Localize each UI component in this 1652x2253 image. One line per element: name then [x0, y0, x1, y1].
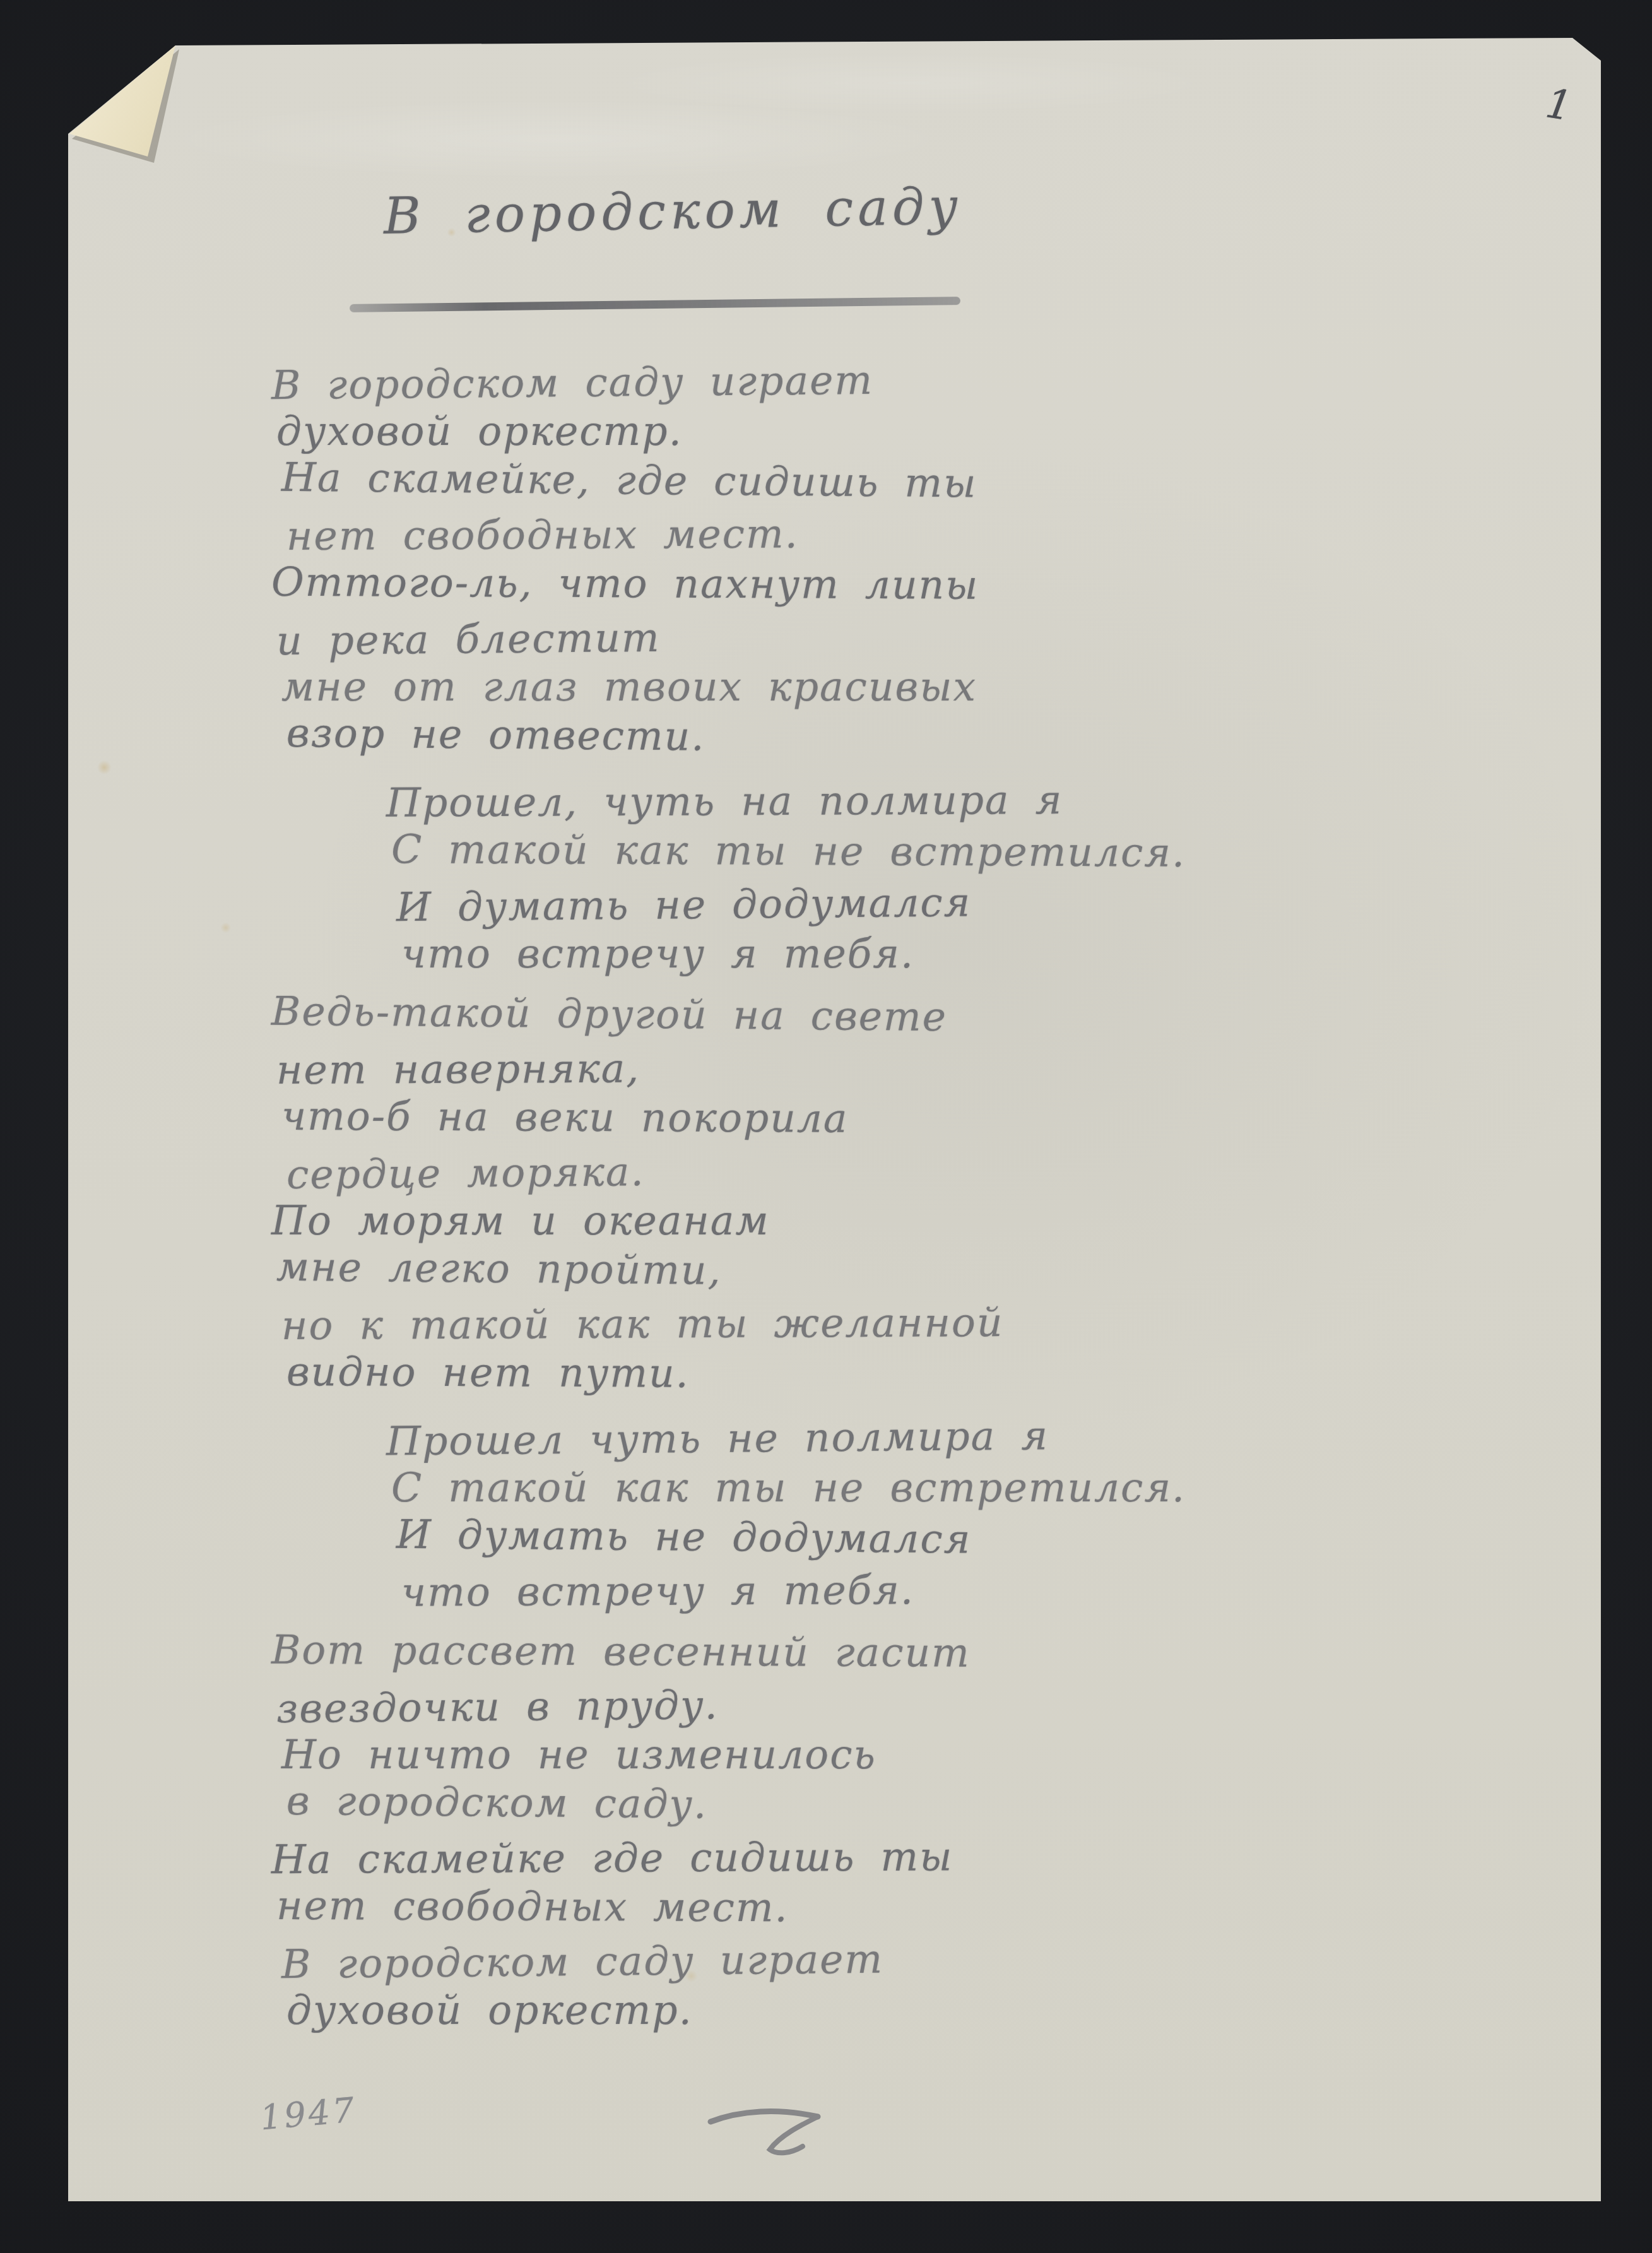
poem-line: Но ничто не изменилось — [281, 1729, 1480, 1780]
flourish-mark — [705, 2103, 844, 2166]
poem-line: В городском саду играет — [281, 1929, 1481, 1990]
poem-line: сердце моряка. — [286, 1139, 1486, 1201]
photo-background: { "page": { "page_number": "1", "title":… — [0, 0, 1652, 2253]
poem-line: но к такой как ты желанной — [281, 1295, 1480, 1351]
poem-line: духовой оркестр. — [276, 406, 1475, 457]
poem-line: Вот рассвет весенний гасит — [271, 1624, 1470, 1681]
manuscript-page: 1 В городском саду В городском саду игра… — [64, 35, 1601, 2201]
poem-line: мне от глаз твоих красивых — [281, 661, 1480, 713]
poem-line: И думать не додумался — [396, 1509, 1481, 1570]
poem-line: что встречу я тебя. — [401, 1562, 1485, 1617]
poem-line: нет наверняка, — [276, 1039, 1475, 1096]
poem-line: что встречу я тебя. — [401, 928, 1485, 979]
poem-line: Прошел, чуть на полмира я — [386, 772, 1470, 828]
poem-line: По морям и океанам — [271, 1195, 1470, 1246]
poem-title: В городском саду — [383, 177, 962, 245]
poem-line: В городском саду играет — [271, 350, 1471, 411]
poem-line: Ведь-такой другой на свете — [271, 986, 1471, 1048]
poem-line: духовой оркестр. — [286, 1985, 1485, 2036]
poem-line: звездочки в пруду. — [276, 1673, 1476, 1735]
title-underline — [350, 297, 960, 312]
poem-line: С такой как ты не встретился. — [391, 1462, 1475, 1513]
poem-line: И думать не додумался — [396, 872, 1481, 933]
poem-line: На скамейке, где сидишь ты — [281, 452, 1481, 514]
poem-line: Прошел чуть не полмира я — [386, 1407, 1471, 1467]
poem-body: В городском саду играетдуховой оркестр.Н… — [271, 355, 1470, 2036]
poem-line: что-б на веки покорила — [281, 1091, 1480, 1147]
poem-line: На скамейке где сидишь ты — [271, 1829, 1470, 1885]
poem-line: мне легко пройти, — [276, 1241, 1476, 1303]
poem-line: нет свободных мест. — [276, 1880, 1475, 1936]
poem-line: в городском саду. — [286, 1775, 1486, 1837]
poem-line: С такой как ты не встретился. — [391, 824, 1475, 879]
poem-line: видно нет пути. — [286, 1346, 1485, 1402]
poem-line: нет свободных мест. — [286, 506, 1485, 562]
page-number: 1 — [1542, 80, 1575, 130]
poem-line: и река блестит — [276, 605, 1476, 667]
poem-line: взор не отвести. — [286, 707, 1486, 769]
poem-line: Оттого-ль, что пахнут липы — [271, 557, 1470, 613]
year-notation: 1947 — [259, 2090, 358, 2138]
